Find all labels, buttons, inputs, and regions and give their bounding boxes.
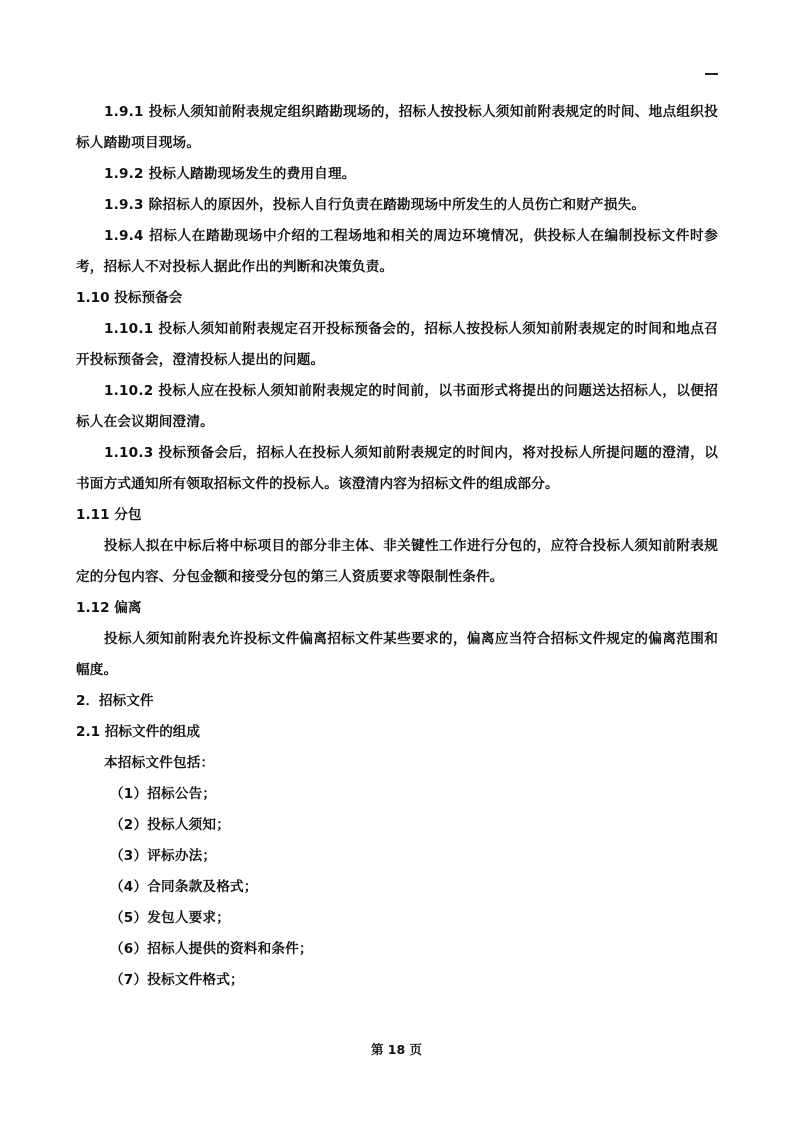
page-number: 第 18 页	[0, 1040, 793, 1058]
list-item: （5）发包人要求；	[76, 903, 718, 934]
clause-1-10-2: 1.10.2 投标人应在投标人须知前附表规定的时间前，以书面形式将提出的问题送达…	[76, 376, 718, 438]
clause-1-10-3: 1.10.3 投标预备会后，招标人在投标人须知前附表规定的时间内，将对投标人所提…	[76, 438, 718, 500]
heading-2-1: 2.1 招标文件的组成	[76, 717, 718, 748]
clause-1-9-4: 1.9.4 招标人在踏勘现场中介绍的工程场地和相关的周边环境情况，供投标人在编制…	[76, 221, 718, 283]
document-page: 1.9.1 投标人须知前附表规定组织踏勘现场的，招标人按投标人须知前附表规定的时…	[0, 0, 793, 1121]
header-dash	[705, 73, 718, 75]
clause-1-10-1: 1.10.1 投标人须知前附表规定召开投标预备会的，招标人按投标人须知前附表规定…	[76, 314, 718, 376]
clause-1-9-2: 1.9.2 投标人踏勘现场发生的费用自理。	[76, 159, 718, 190]
heading-1-11: 1.11 分包	[76, 500, 718, 531]
document-body: 1.9.1 投标人须知前附表规定组织踏勘现场的，招标人按投标人须知前附表规定的时…	[76, 97, 718, 996]
list-item: （1）招标公告；	[76, 779, 718, 810]
clause-1-11: 投标人拟在中标后将中标项目的部分非主体、非关键性工作进行分包的，应符合投标人须知…	[76, 531, 718, 593]
list-item: （2）投标人须知；	[76, 810, 718, 841]
clause-1-9-1: 1.9.1 投标人须知前附表规定组织踏勘现场的，招标人按投标人须知前附表规定的时…	[76, 97, 718, 159]
clause-1-9-3: 1.9.3 除招标人的原因外，投标人自行负责在踏勘现场中所发生的人员伤亡和财产损…	[76, 190, 718, 221]
heading-1-12: 1.12 偏离	[76, 593, 718, 624]
list-item: （3）评标办法；	[76, 841, 718, 872]
clause-1-12: 投标人须知前附表允许投标文件偏离招标文件某些要求的，偏离应当符合招标文件规定的偏…	[76, 624, 718, 686]
heading-2: 2．招标文件	[76, 686, 718, 717]
document-list: （1）招标公告； （2）投标人须知； （3）评标办法； （4）合同条款及格式； …	[76, 779, 718, 996]
list-item: （7）投标文件格式；	[76, 965, 718, 996]
list-item: （4）合同条款及格式；	[76, 872, 718, 903]
clause-2-1-intro: 本招标文件包括：	[76, 748, 718, 779]
heading-1-10: 1.10 投标预备会	[76, 283, 718, 314]
list-item: （6）招标人提供的资料和条件；	[76, 934, 718, 965]
